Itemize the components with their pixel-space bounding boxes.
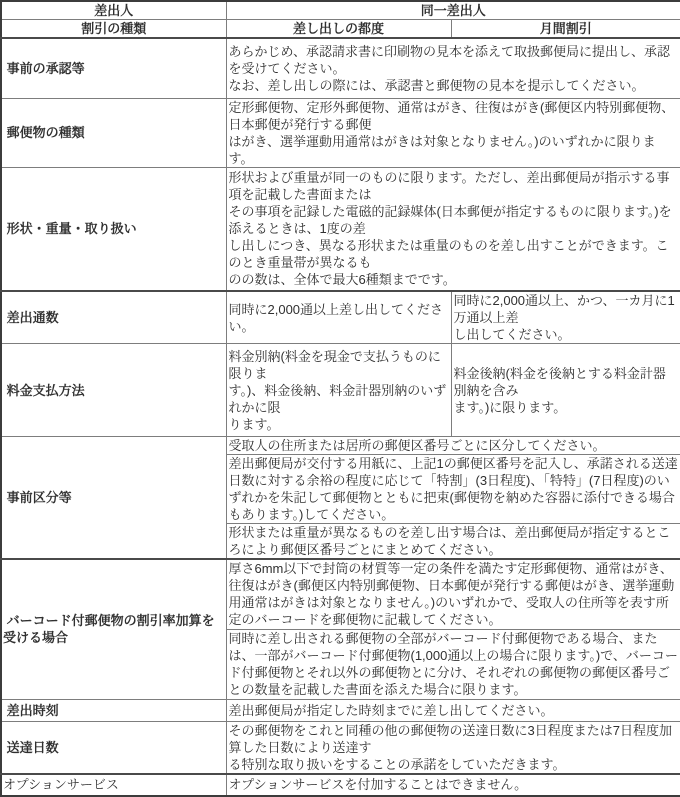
row-mail-count: 差出通数 同時に2,000通以上差し出してください。 同時に2,000通以上、か… <box>1 291 680 344</box>
header-row-sender: 差出人 同一差出人 <box>1 1 680 20</box>
posting-time-text: 差出郵便局が指定した時刻までに差し出してください。 <box>226 699 680 721</box>
row-delivery-days: 送達日数 その郵便物をこれと同種の他の郵便物の送達日数に3日程度または7日程度加… <box>1 721 680 774</box>
row-presort: 事前区分等 受取人の住所または居所の郵便区番号ごとに区分してください。 <box>1 437 680 455</box>
header-cell-monthly: 月間割引 <box>451 20 680 39</box>
mail-count-monthly: 同時に2,000通以上、かつ、一カ月に1万通以上差 し出してください。 <box>451 291 680 344</box>
header-cell-discount-type: 割引の種類 <box>1 20 226 39</box>
row-mail-type: 郵便物の種類 定形郵便物、定形外郵便物、通常はがき、往復はがき(郵便区内特別郵便… <box>1 98 680 167</box>
header-cell-each-time: 差し出しの都度 <box>226 20 451 39</box>
mail-type-text: 定形郵便物、定形外郵便物、通常はがき、往復はがき(郵便区内特別郵便物、日本郵便が… <box>226 98 680 167</box>
postal-discount-terms-page: 差出人 同一差出人 割引の種類 差し出しの都度 月間割引 事前の承認等 あらかじ… <box>0 0 680 797</box>
presort-sub3-text: 形状または重量が異なるものを差し出す場合は、差出郵便局が指定するところにより郵便… <box>226 524 680 560</box>
prior-approval-text: あらかじめ、承認請求書に印刷物の見本を添えて取扱郵便局に提出し、承認を受けてくだ… <box>226 38 680 98</box>
shape-weight-text: 形状および重量が同一のものに限ります。ただし、差出郵便局が指示する事項を記載した… <box>226 167 680 291</box>
shape-weight-label: 形状・重量・取り扱い <box>1 167 226 291</box>
header-row-columns: 割引の種類 差し出しの都度 月間割引 <box>1 20 680 39</box>
barcode-label: バーコード付郵便物の割引率加算を受ける場合 <box>1 559 226 699</box>
mail-count-label: 差出通数 <box>1 291 226 344</box>
payment-method-monthly: 料金後納(料金を後納とする料金計器別納を含み ます。)に限ります。 <box>451 344 680 437</box>
prior-approval-label: 事前の承認等 <box>1 38 226 98</box>
row-shape-weight: 形状・重量・取り扱い 形状および重量が同一のものに限ります。ただし、差出郵便局が… <box>1 167 680 291</box>
posting-time-label: 差出時刻 <box>1 699 226 721</box>
row-payment-method: 料金支払方法 料金別納(料金を現金で支払うものに限りま す。)、料金後納、料金計… <box>1 344 680 437</box>
presort-sub2-text: 差出郵便局が交付する用紙に、上記1の郵便区番号を記入し、承諾される送達日数に対す… <box>226 455 680 524</box>
payment-method-label: 料金支払方法 <box>1 344 226 437</box>
delivery-days-label: 送達日数 <box>1 721 226 774</box>
header-cell-same-sender: 同一差出人 <box>226 1 680 20</box>
mail-count-each-time: 同時に2,000通以上差し出してください。 <box>226 291 451 344</box>
optional-services-label: オプションサービス <box>1 774 226 796</box>
barcode-sub2-text: 同時に差し出される郵便物の全部がバーコード付郵便物である場合、または、一部がバー… <box>226 629 680 699</box>
payment-method-each-time: 料金別納(料金を現金で支払うものに限りま す。)、料金後納、料金計器別納のいずれ… <box>226 344 451 437</box>
row-posting-time: 差出時刻 差出郵便局が指定した時刻までに差し出してください。 <box>1 699 680 721</box>
barcode-sub1-text: 厚さ6mm以下で封筒の材質等一定の条件を満たす定形郵便物、通常はがき、往復はがき… <box>226 559 680 629</box>
optional-services-text: オプションサービスを付加することはできません。 <box>226 774 680 796</box>
row-prior-approval: 事前の承認等 あらかじめ、承認請求書に印刷物の見本を添えて取扱郵便局に提出し、承… <box>1 38 680 98</box>
presort-sub1-text: 受取人の住所または居所の郵便区番号ごとに区分してください。 <box>226 437 680 455</box>
delivery-days-text: その郵便物をこれと同種の他の郵便物の送達日数に3日程度または7日程度加算した日数… <box>226 721 680 774</box>
row-optional-services: オプションサービス オプションサービスを付加することはできません。 <box>1 774 680 796</box>
mail-type-label: 郵便物の種類 <box>1 98 226 167</box>
row-barcode: バーコード付郵便物の割引率加算を受ける場合 厚さ6mm以下で封筒の材質等一定の条… <box>1 559 680 629</box>
header-cell-sender: 差出人 <box>1 1 226 20</box>
discount-conditions-table: 差出人 同一差出人 割引の種類 差し出しの都度 月間割引 事前の承認等 あらかじ… <box>0 0 680 797</box>
presort-label: 事前区分等 <box>1 437 226 560</box>
